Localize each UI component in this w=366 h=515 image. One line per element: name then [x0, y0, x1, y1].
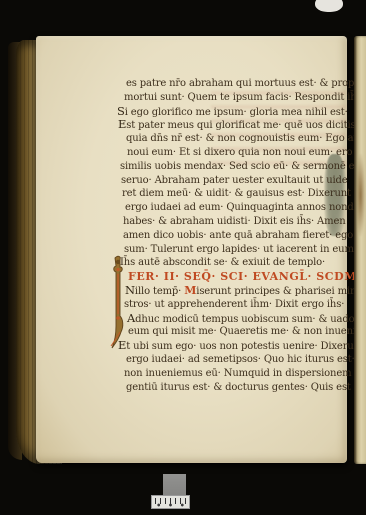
line-text: ret diem meū· & uidit· & gauisus est· Di…: [122, 188, 351, 199]
manuscript-line: es patre nr̄o abraham qui mortuus est· &…: [126, 77, 346, 91]
line-text: non inueniemus eū· Numquid in dispersion…: [124, 368, 351, 379]
line-text: eum qui misit me· Quaeretis me· & non in…: [128, 326, 366, 337]
scale-tab: [163, 474, 186, 496]
manuscript-line: amen dico uobis· ante quā abraham fieret…: [123, 229, 346, 243]
line-text: habes· & abraham uidisti· Dixit eis ih̄s…: [123, 216, 346, 227]
line-text: noui eum· Et si dixero quia non noui eum…: [127, 147, 352, 158]
text-block: es patre nr̄o abraham qui mortuus est· &…: [120, 77, 346, 394]
scale-ruler: [151, 495, 190, 509]
line-text: seruo· Abraham pater uester exultauit ut…: [121, 175, 348, 186]
line-text: st pater meus qui glorificat me· quē uos…: [126, 120, 355, 131]
manuscript-line: Adhuc modicū tempus uobiscum sum· & uado…: [127, 312, 346, 326]
line-text: ergo iudaei· ad semetipsos· Quo hic itur…: [126, 354, 366, 365]
manuscript-line: Nillo temp̄· Miserunt principes & pharis…: [125, 284, 346, 298]
manuscript-line: Est pater meus qui glorificat me· quē uo…: [118, 118, 346, 132]
line-text: S: [117, 104, 125, 118]
manuscript-line: ergo iudaei ad eum· Quinquaginta annos n…: [125, 201, 346, 215]
line-text: similis uobis mendax· Sed scio eū· & ser…: [120, 161, 366, 172]
manuscript-line: eum qui misit me· Quaeretis me· & non in…: [128, 325, 346, 339]
manuscript-line: stros· ut apprehenderent ih̄m· Dixit erg…: [124, 298, 346, 312]
line-text: i ego glorifico me ipsum· gloria mea nih…: [125, 107, 348, 118]
corner-reflection: [315, 0, 343, 12]
manuscript-line: non inueniemus eū· Numquid in dispersion…: [124, 367, 346, 381]
manuscript-page: es patre nr̄o abraham qui mortuus est· &…: [36, 36, 347, 463]
line-text: Ih̄s autē abscondit se· & exiuit de temp…: [120, 257, 325, 268]
line-text: stros· ut apprehenderent ih̄m· Dixit erg…: [124, 299, 344, 310]
line-text: amen dico uobis· ante quā abraham fieret…: [123, 230, 353, 241]
line-text: illo temp̄·: [135, 286, 184, 297]
facing-page-sliver: [354, 36, 366, 464]
manuscript-line: sum· Tulerunt ergo lapides· ut iacerent …: [124, 243, 346, 257]
line-text: es patre nr̄o abraham qui mortuus est· &…: [126, 78, 366, 89]
colored-initial: M: [184, 284, 196, 297]
line-text: mortui sunt· Quem te ipsum facis· Respon…: [124, 92, 365, 103]
manuscript-line: Et ubi sum ego· uos non potestis uenire·…: [118, 339, 346, 353]
manuscript-line: habes· & abraham uidisti· Dixit eis ih̄s…: [123, 215, 346, 229]
manuscript-line: gentiū iturus est· & docturus gentes· Qu…: [126, 381, 346, 395]
manuscript-line: seruo· Abraham pater uester exultauit ut…: [121, 174, 346, 188]
line-text: iserunt principes & pharisei mini: [196, 286, 359, 297]
manuscript-line: mortui sunt· Quem te ipsum facis· Respon…: [124, 91, 346, 105]
line-text: FER· II· SEQ̄· SCI· EVANGL̄· SCDM· IOHAN…: [128, 270, 366, 283]
rubric-line: FER· II· SEQ̄· SCI· EVANGL̄· SCDM· IOHAN…: [128, 270, 346, 284]
line-text: sum· Tulerunt ergo lapides· ut iacerent …: [124, 244, 357, 255]
line-text: E: [118, 117, 126, 131]
line-text: t ubi sum ego· uos non potestis uenire· …: [126, 341, 364, 352]
manuscript-line: Ih̄s autē abscondit se· & exiuit de temp…: [120, 256, 346, 270]
manuscript-line: similis uobis mendax· Sed scio eū· & ser…: [120, 160, 346, 174]
manuscript-line: ret diem meū· & uidit· & gauisus est· Di…: [122, 187, 346, 201]
sliver-stain: [356, 154, 365, 236]
line-text: E: [118, 338, 126, 352]
line-text: quia dn̄s nr̄ est· & non cognouistis eum…: [126, 133, 366, 144]
line-text: dhuc modicū tempus uobiscum sum· & uado …: [135, 314, 366, 325]
manuscript-line: Si ego glorifico me ipsum· gloria mea ni…: [117, 105, 346, 119]
line-text: ergo iudaei ad eum· Quinquaginta annos n…: [125, 202, 360, 213]
manuscript-line: quia dn̄s nr̄ est· & non cognouistis eum…: [126, 132, 346, 146]
ruler-digits: [155, 503, 186, 507]
line-text: gentiū iturus est· & docturus gentes· Qu…: [126, 382, 366, 393]
manuscript-line: ergo iudaei· ad semetipsos· Quo hic itur…: [126, 353, 346, 367]
manuscript-line: noui eum· Et si dixero quia non noui eum…: [127, 146, 346, 160]
line-text: N: [125, 283, 135, 297]
line-text: A: [127, 311, 135, 325]
